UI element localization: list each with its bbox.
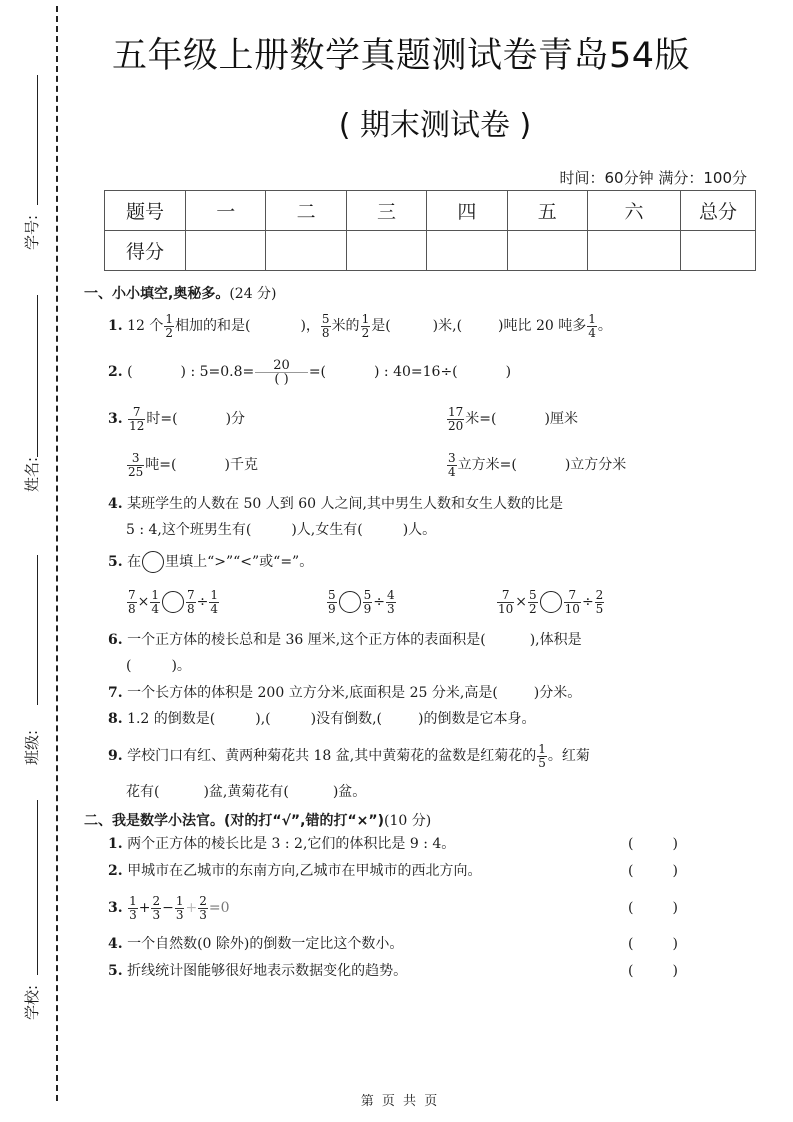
paren-open: ( (628, 830, 633, 858)
question-text: 折线统计图能够很好地表示数据变化的趋势。 (127, 963, 407, 979)
paren-close: ) (673, 930, 678, 958)
question-1-3d: 34立方米=()立方分米 (446, 451, 626, 479)
operator: − (162, 900, 174, 916)
numerator: 1 (537, 743, 547, 757)
question-number: 3. (108, 411, 123, 427)
question-text: 米=( (465, 411, 496, 427)
denominator: 3 (198, 909, 208, 922)
question-text: 学校门口有红、黄两种菊花共 18 盆,其中黄菊花的盆数是红菊花的 (127, 748, 536, 764)
question-number: 7. (108, 685, 123, 701)
paren-open: ( (628, 957, 633, 985)
denominator: 9 (327, 603, 337, 616)
denominator: 4 (587, 327, 597, 340)
numerator: 1 (150, 589, 160, 603)
header-cell: 六 (588, 191, 681, 231)
question-1-3a: 3. 712时=()分 (108, 405, 245, 433)
question-text: )厘米 (544, 411, 577, 427)
question-text: ) : 40=16÷( (374, 364, 458, 380)
numerator: 2 (198, 895, 208, 909)
fraction: 12 (361, 313, 371, 340)
score-cell[interactable] (507, 231, 587, 271)
fraction: 78 (186, 589, 196, 616)
numerator: 1 (175, 895, 185, 909)
fraction: 13 (128, 895, 138, 922)
question-text: ) (506, 364, 511, 380)
numerator: 3 (447, 452, 457, 466)
class-underline (37, 555, 38, 705)
denominator: 12 (128, 420, 145, 433)
fraction: 13 (175, 895, 185, 922)
name-underline (37, 295, 38, 457)
operator: + (185, 900, 197, 916)
fraction: 78 (127, 589, 137, 616)
question-text: 某班学生的人数在 50 人到 60 人之间,其中男生人数和女生人数的比是 (127, 496, 563, 512)
fraction: 712 (128, 406, 145, 433)
fraction: 43 (386, 589, 396, 616)
page-title: 五年级上册数学真题测试卷青岛54版 (112, 28, 757, 78)
fraction: 20( ) (255, 359, 308, 386)
question-text: ) : 5=0.8= (181, 364, 255, 380)
question-1-7: 7. 一个长方体的体积是 200 立方分米,底面积是 25 分米,高是()分米。 (108, 679, 581, 707)
header-cell: 二 (266, 191, 346, 231)
denominator: 20 (447, 420, 464, 433)
judge-answer-1[interactable]: () (628, 830, 678, 858)
score-row-label: 得分 (105, 231, 186, 271)
question-text: 里填上“>”“<”或“=”。 (165, 554, 313, 570)
fraction: 23 (198, 895, 208, 922)
numerator: 4 (386, 589, 396, 603)
score-table-header-row: 题号 一 二 三 四 五 六 总分 (105, 191, 756, 231)
question-1-2: 2. () : 5=0.8=20( )=() : 40=16÷() (108, 358, 511, 386)
denominator: 3 (128, 909, 138, 922)
fraction: 14 (587, 313, 597, 340)
denominator: 2 (528, 603, 538, 616)
question-text: =( (309, 364, 326, 380)
operator: ÷ (582, 594, 594, 610)
fraction: 58 (321, 313, 331, 340)
denominator: 4 (447, 466, 457, 479)
question-number: 5. (108, 963, 123, 979)
denominator: 8 (321, 327, 331, 340)
numerator: 7 (128, 406, 145, 420)
judge-item-2: 2. 甲城市在乙城市的东南方向,乙城市在甲城市的西北方向。 (108, 857, 482, 885)
question-1-8: 8. 1.2 的倒数是(),()没有倒数,()的倒数是它本身。 (108, 705, 535, 733)
student-id-underline (37, 75, 38, 205)
compare-circle[interactable] (339, 591, 361, 613)
judge-answer-3[interactable]: () (628, 894, 678, 922)
section1-title: 一、小小填空,奥秘多。(24 分) (84, 283, 277, 303)
denominator: 3 (386, 603, 396, 616)
name-label: 姓名: (17, 462, 57, 492)
judge-answer-4[interactable]: () (628, 930, 678, 958)
section2-heading: 二、我是数学小法官。(对的打“√”,错的打“×”) (84, 813, 384, 829)
question-1-3b: 1720米=()厘米 (446, 405, 578, 433)
question-text: 12 个 (127, 318, 163, 334)
question-text: )米,( (433, 318, 462, 334)
question-1-3c: 325吨=()千克 (126, 451, 258, 479)
judge-answer-2[interactable]: () (628, 857, 678, 885)
paren-close: ) (673, 894, 678, 922)
operator: × (138, 594, 150, 610)
score-cell[interactable] (266, 231, 346, 271)
section1-points: (24 分) (229, 286, 276, 302)
numerator: 17 (447, 406, 464, 420)
header-cell: 总分 (681, 191, 756, 231)
question-text: 吨=( (145, 457, 176, 473)
question-text: 时=( (146, 411, 177, 427)
judge-answer-5[interactable]: () (628, 957, 678, 985)
judge-item-4: 4. 一个自然数(0 除外)的倒数一定比这个数小。 (108, 930, 403, 958)
question-number: 4. (108, 496, 123, 512)
operator: ÷ (373, 594, 385, 610)
cut-line (56, 6, 58, 1101)
question-1-1: 1. 12 个12相加的和是()，58米的12是()米,()吨比 20 吨多14… (108, 312, 612, 340)
circle-icon (142, 551, 164, 573)
numerator: 5 (327, 589, 337, 603)
denominator: 5 (595, 603, 605, 616)
numerator: 7 (186, 589, 196, 603)
judge-item-5: 5. 折线统计图能够很好地表示数据变化的趋势。 (108, 957, 407, 985)
question-number: 9. (108, 748, 123, 764)
operator: × (515, 594, 527, 610)
denominator: 3 (175, 909, 185, 922)
question-text: )盆,黄菊花有( (203, 784, 288, 800)
paren-close: ) (673, 857, 678, 885)
numerator: 7 (564, 589, 581, 603)
numerator: 7 (497, 589, 514, 603)
fraction: 14 (150, 589, 160, 616)
score-cell[interactable] (427, 231, 507, 271)
fraction: 14 (209, 589, 219, 616)
question-number: 3. (108, 900, 123, 916)
name-field[interactable]: 姓名: (18, 295, 48, 495)
numerator: 1 (587, 313, 597, 327)
denominator: 10 (564, 603, 581, 616)
fraction: 1720 (447, 406, 464, 433)
denominator: 4 (209, 603, 219, 616)
question-1-6-line2: ()。 (126, 652, 191, 680)
class-field[interactable]: 班级: (18, 555, 48, 775)
question-text: )分米。 (534, 685, 581, 701)
question-number: 1. (108, 836, 123, 852)
numerator: 3 (127, 452, 144, 466)
fraction: 59 (363, 589, 373, 616)
question-text: 米的 (332, 318, 360, 334)
compare-expression-1: 78×1478÷14 (126, 588, 220, 616)
school-field[interactable]: 学校: (18, 800, 48, 1020)
question-text: )盆。 (333, 784, 366, 800)
question-text: 在 (127, 554, 141, 570)
judge-item-3: 3. 13+23−13+23=0 (108, 894, 229, 922)
question-text: 相加的和是( (175, 318, 250, 334)
question-text: )分 (226, 411, 245, 427)
question-text: 花有( (126, 784, 159, 800)
numerator: 2 (595, 589, 605, 603)
question-text: 。 (598, 318, 612, 334)
score-cell[interactable] (681, 231, 756, 271)
fraction: 710 (564, 589, 581, 616)
denominator: 2 (361, 327, 371, 340)
student-id-label: 学号: (17, 220, 57, 250)
question-1-5: 5. 在里填上“>”“<”或“=”。 (108, 548, 313, 576)
paren-open: ( (628, 894, 633, 922)
question-number: 4. (108, 936, 123, 952)
numerator: 5 (321, 313, 331, 327)
question-text: ( (126, 658, 131, 674)
question-text: )千克 (224, 457, 257, 473)
numerator: 7 (127, 589, 137, 603)
paren-open: ( (628, 930, 633, 958)
question-text: )人。 (403, 522, 436, 538)
question-text: 立方米=( (458, 457, 517, 473)
denominator: 3 (151, 909, 161, 922)
question-text: ),体积是 (530, 632, 582, 648)
denominator: 5 (537, 757, 547, 770)
compare-circle[interactable] (162, 591, 184, 613)
fraction: 12 (164, 313, 174, 340)
header-cell: 四 (427, 191, 507, 231)
header-cell: 三 (346, 191, 426, 231)
denominator-blank[interactable]: ( ) (255, 373, 308, 386)
numerator: 1 (128, 895, 138, 909)
fraction: 23 (151, 895, 161, 922)
operator: ÷ (197, 594, 209, 610)
question-number: 8. (108, 711, 123, 727)
page-subtitle: ( 期末测试卷 ) (310, 100, 560, 144)
school-underline (37, 800, 38, 975)
score-table-score-row: 得分 (105, 231, 756, 271)
numerator: 5 (363, 589, 373, 603)
denominator: 8 (127, 603, 137, 616)
fraction: 52 (528, 589, 538, 616)
question-text: 一个正方体的棱长总和是 36 厘米,这个正方体的表面积是( (127, 632, 486, 648)
denominator: 10 (497, 603, 514, 616)
score-cell[interactable] (186, 231, 266, 271)
header-cell: 一 (186, 191, 266, 231)
question-text: ( (127, 364, 132, 380)
question-text: )人,女生有( (291, 522, 362, 538)
paren-open: ( (628, 857, 633, 885)
compare-expression-3: 710×52710÷25 (496, 588, 605, 616)
fraction: 25 (595, 589, 605, 616)
numerator: 1 (209, 589, 219, 603)
question-1-4-line2: 5 : 4,这个班男生有()人,女生有()人。 (126, 516, 436, 544)
fraction: 325 (127, 452, 144, 479)
question-text: )。 (171, 658, 190, 674)
question-text: 1.2 的倒数是( (127, 711, 215, 727)
header-cell: 题号 (105, 191, 186, 231)
question-text: 甲城市在乙城市的东南方向,乙城市在甲城市的西北方向。 (127, 863, 481, 879)
exam-meta: 时间：60分钟 满分：100分 (560, 167, 748, 188)
question-1-4: 4. 某班学生的人数在 50 人到 60 人之间,其中男生人数和女生人数的比是 (108, 490, 563, 518)
question-text: 一个自然数(0 除外)的倒数一定比这个数小。 (127, 936, 403, 952)
page-footer: 第 页 共 页 (340, 1090, 460, 1109)
question-text: 5 : 4,这个班男生有( (126, 522, 251, 538)
header-cell: 五 (507, 191, 587, 231)
paren-close: ) (673, 957, 678, 985)
section2-points: (10 分) (384, 813, 431, 829)
question-text: )立方分米 (565, 457, 626, 473)
question-text: )的倒数是它本身。 (418, 711, 535, 727)
question-text: ),( (255, 711, 270, 727)
question-text: )没有倒数,( (311, 711, 382, 727)
denominator: 25 (127, 466, 144, 479)
section1-heading: 一、小小填空,奥秘多。 (84, 286, 229, 302)
section2-title: 二、我是数学小法官。(对的打“√”,错的打“×”)(10 分) (84, 810, 431, 830)
question-text: )， (300, 318, 319, 334)
question-1-9: 9. 学校门口有红、黄两种菊花共 18 盆,其中黄菊花的盆数是红菊花的15。红菊 (108, 742, 590, 770)
question-number: 5. (108, 554, 123, 570)
question-number: 6. (108, 632, 123, 648)
question-number: 2. (108, 364, 123, 380)
student-id-field[interactable]: 学号: (18, 75, 48, 265)
question-text: )吨比 20 吨多 (498, 318, 586, 334)
compare-expression-2: 5959÷43 (326, 588, 397, 616)
question-text: 是( (371, 318, 390, 334)
compare-circle[interactable] (540, 591, 562, 613)
question-text: 两个正方体的棱长比是 3 : 2,它们的体积比是 9 : 4。 (127, 836, 455, 852)
fraction: 15 (537, 743, 547, 770)
question-text: 。红菊 (548, 748, 590, 764)
class-label: 班级: (17, 735, 57, 765)
fraction: 34 (447, 452, 457, 479)
question-number: 2. (108, 863, 123, 879)
denominator: 9 (363, 603, 373, 616)
denominator: 4 (150, 603, 160, 616)
score-cell[interactable] (588, 231, 681, 271)
operator: + (139, 900, 151, 916)
denominator: 8 (186, 603, 196, 616)
numerator: 1 (164, 313, 174, 327)
score-table: 题号 一 二 三 四 五 六 总分 得分 (104, 190, 756, 271)
judge-item-1: 1. 两个正方体的棱长比是 3 : 2,它们的体积比是 9 : 4。 (108, 830, 455, 858)
fraction: 59 (327, 589, 337, 616)
question-number: 1. (108, 318, 123, 334)
numerator: 20 (255, 359, 308, 373)
question-1-9-line2: 花有()盆,黄菊花有()盆。 (126, 778, 366, 806)
school-label: 学校: (17, 990, 57, 1020)
denominator: 2 (164, 327, 174, 340)
question-text: =0 (209, 900, 230, 916)
numerator: 1 (361, 313, 371, 327)
fraction: 710 (497, 589, 514, 616)
paren-close: ) (673, 830, 678, 858)
numerator: 2 (151, 895, 161, 909)
question-1-6: 6. 一个正方体的棱长总和是 36 厘米,这个正方体的表面积是(),体积是 (108, 626, 582, 654)
question-text: 一个长方体的体积是 200 立方分米,底面积是 25 分米,高是( (127, 685, 498, 701)
numerator: 5 (528, 589, 538, 603)
score-cell[interactable] (346, 231, 426, 271)
